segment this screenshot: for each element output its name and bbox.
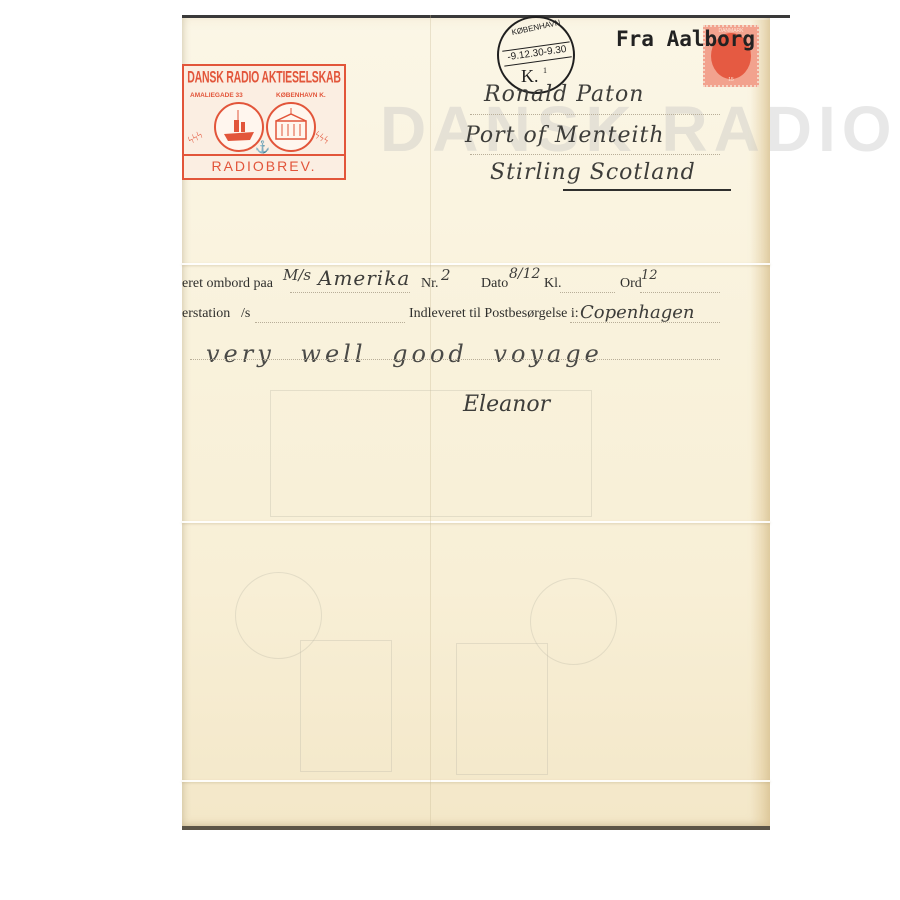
ship-name: Amerika	[318, 266, 410, 290]
form-name: RADIOBREV.	[184, 154, 344, 178]
sheet-bottom-edge	[182, 826, 770, 830]
label-delivered: Indleveret til Postbesørgelse i:	[409, 306, 579, 322]
station-suffix: /s	[241, 306, 250, 322]
ship-prefix: M/s	[283, 266, 311, 284]
recipient-name: Ronald Paton	[484, 82, 644, 107]
watermark-circle	[235, 572, 322, 659]
address-underline	[563, 189, 731, 191]
company-name: DANSK RADIO AKTIESELSKAB	[186, 68, 342, 87]
cachet-fra-aalborg: Fra Aalborg	[616, 27, 755, 51]
message-body: very well good voyage	[206, 340, 603, 368]
company-address-street: AMALIEGADE 33	[190, 92, 243, 99]
anchor-icon: ⚓	[255, 140, 270, 155]
signature: Eleanor	[463, 392, 550, 417]
company-address-city: KØBENHAVN K.	[276, 92, 326, 99]
stamp-value: 15	[705, 77, 757, 83]
horizontal-fold-line	[182, 780, 770, 782]
postmark-date: -9.12.30-9.30	[502, 41, 572, 66]
watermark-frame	[300, 640, 392, 772]
field-line	[560, 292, 615, 293]
postmark-office-number: 1	[543, 66, 547, 75]
watermark-frame	[456, 643, 548, 775]
label-station: erstation	[182, 306, 230, 322]
date-value: 8/12	[509, 266, 540, 282]
label-words: Ord	[620, 276, 642, 292]
words-value: 12	[641, 268, 658, 283]
lightning-icon: ϟϟϟ	[186, 129, 205, 147]
building-icon	[266, 102, 316, 152]
watermark-circle	[530, 578, 617, 665]
address-line	[470, 154, 720, 155]
recipient-address-line3: Stirling Scotland	[490, 160, 696, 185]
address-line	[470, 114, 720, 115]
company-logo: DANSK RADIO AKTIESELSKAB AMALIEGADE 33 K…	[182, 64, 346, 180]
field-line	[570, 322, 720, 323]
label-onboard: eret ombord paa	[182, 276, 273, 292]
horizontal-fold-line	[182, 521, 770, 523]
field-line	[255, 322, 405, 323]
sheet-top-edge	[182, 15, 790, 18]
horizontal-fold-line	[182, 263, 770, 265]
message-line	[190, 359, 720, 360]
recipient-address-line2: Port of Menteith	[465, 123, 665, 148]
nr-value: 2	[441, 266, 451, 284]
field-line	[290, 292, 410, 293]
label-time: Kl.	[544, 276, 562, 292]
delivered-value: Copenhagen	[580, 302, 694, 323]
label-date: Dato	[481, 276, 508, 292]
field-line	[640, 292, 720, 293]
label-nr: Nr.	[421, 276, 439, 292]
